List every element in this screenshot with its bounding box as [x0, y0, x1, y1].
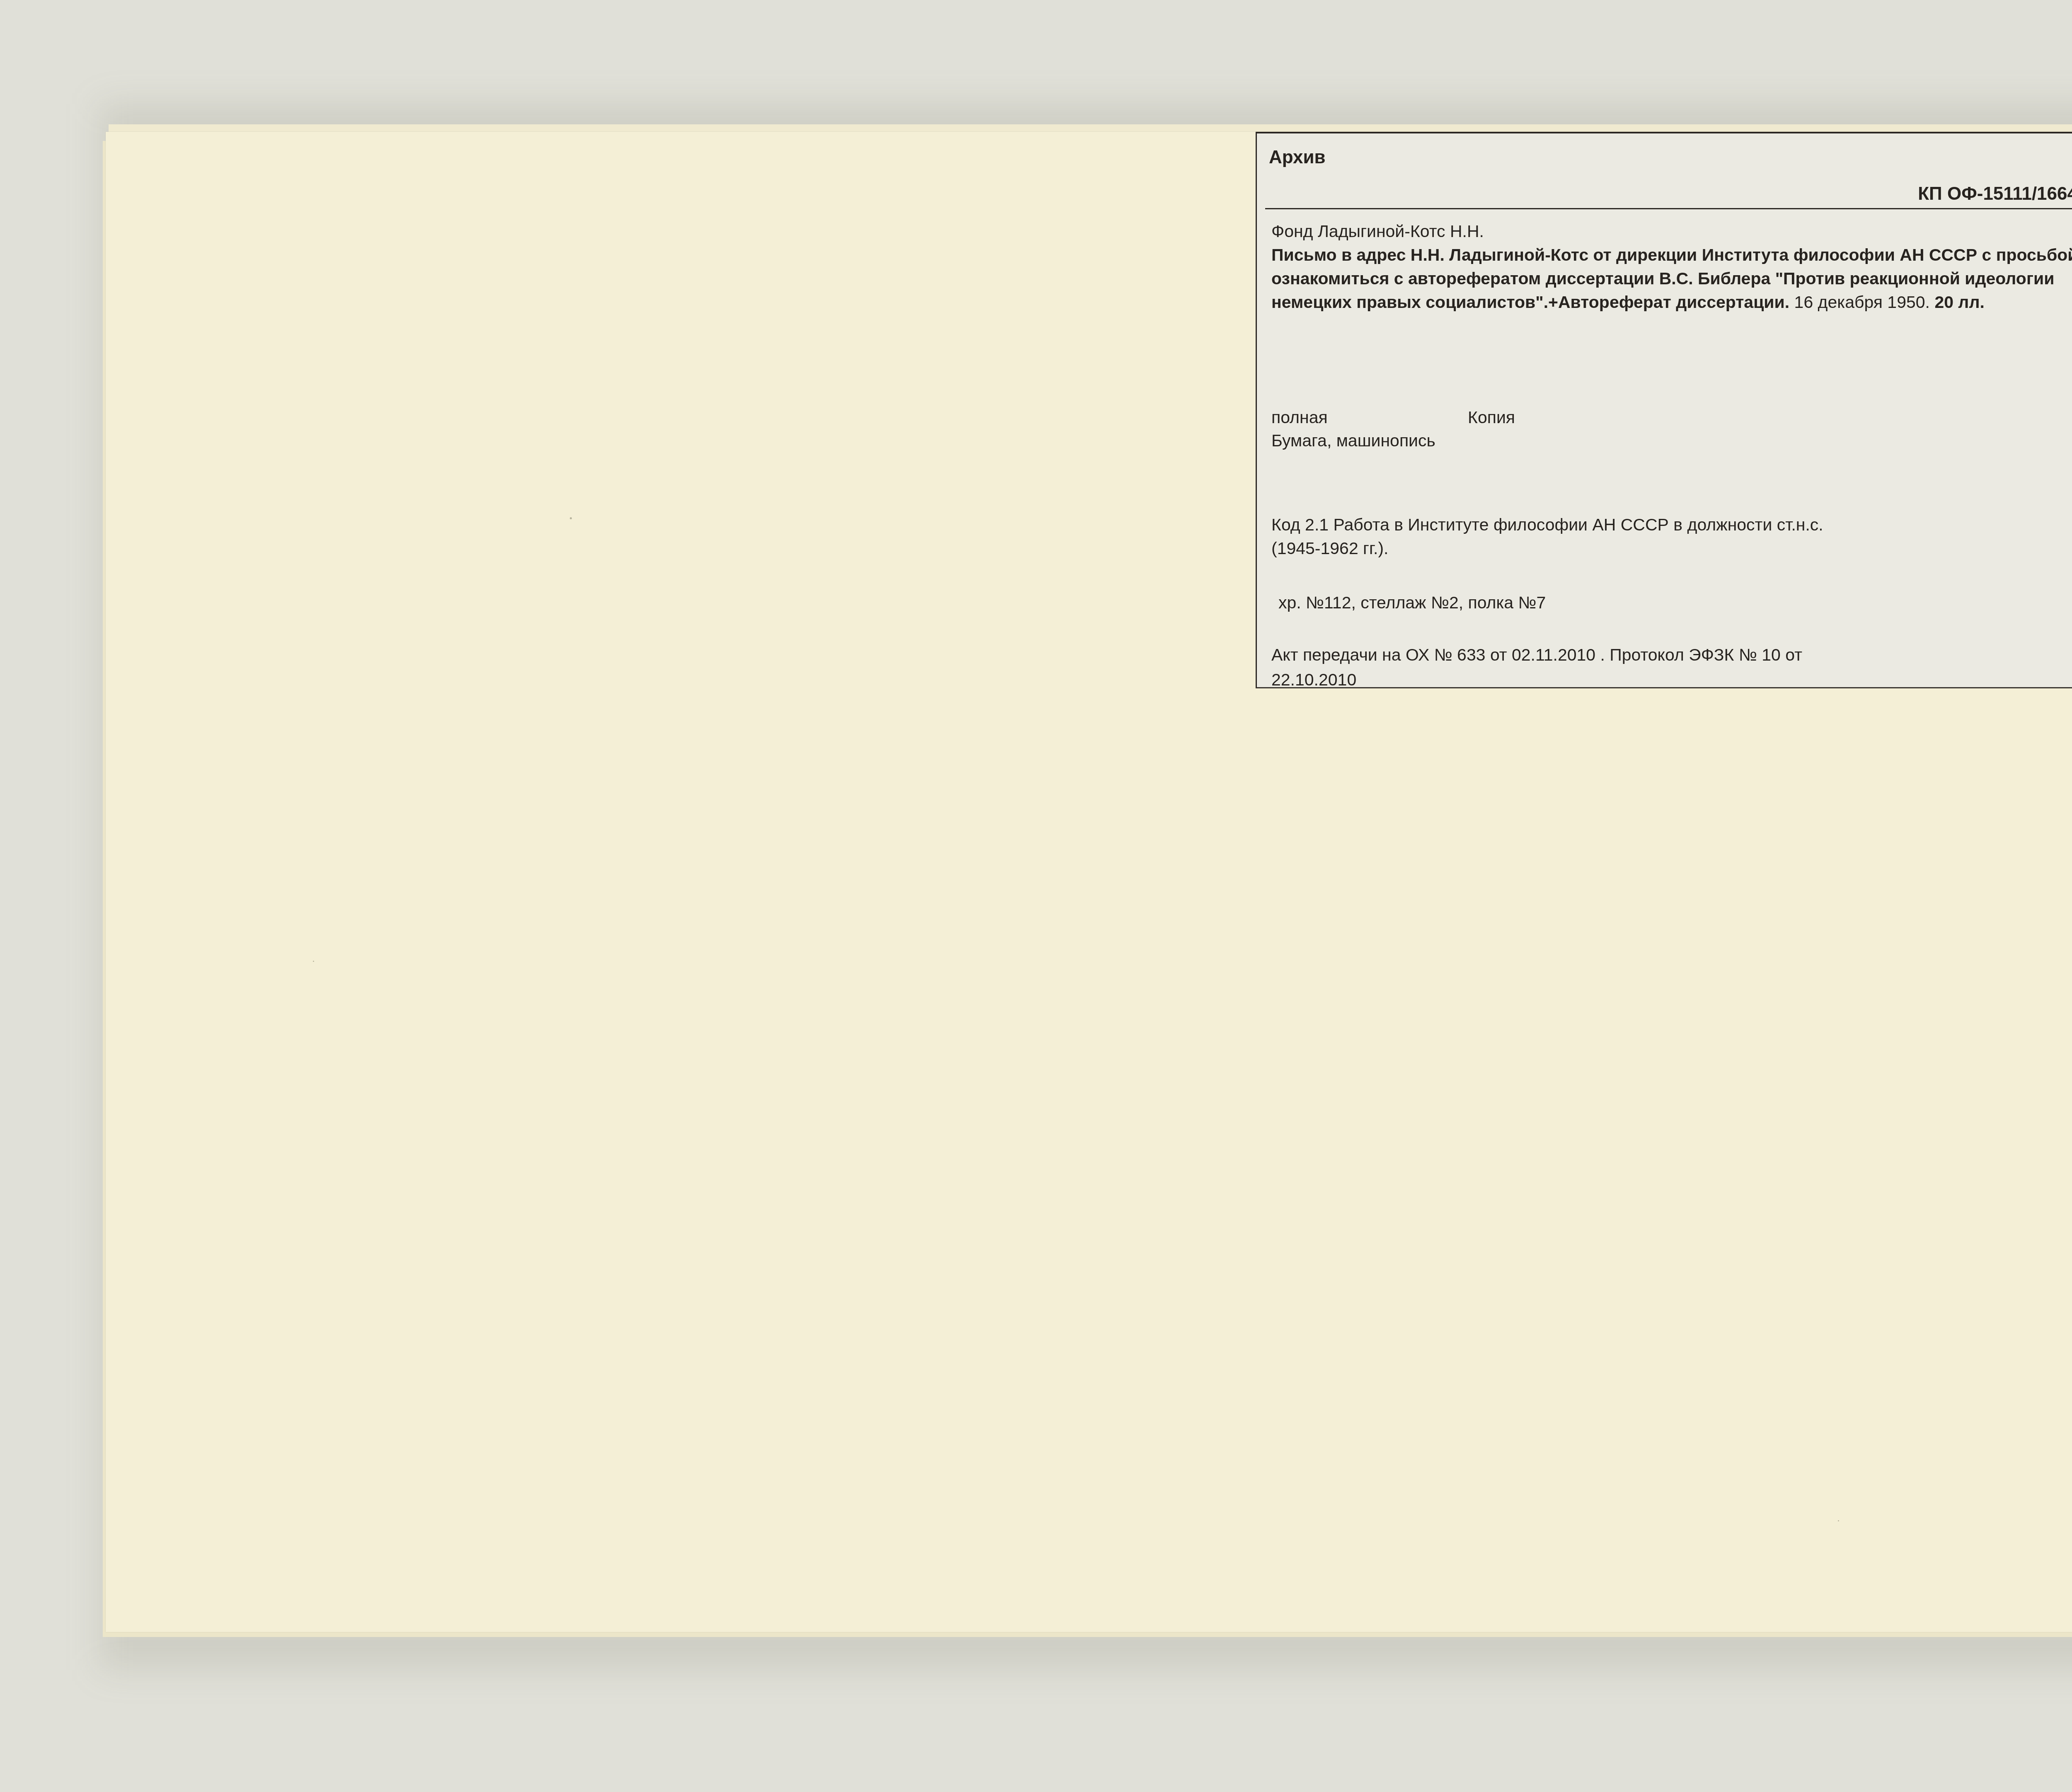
transfer-act: Акт передачи на ОХ № 633 от 02.11.2010 .… — [1271, 647, 1802, 664]
transfer-act-date: 22.10.2010 — [1271, 671, 1356, 688]
item-description: Фонд Ладыгиной-Котс Н.Н. Письмо в адрес … — [1271, 220, 2072, 314]
classification-code: Код 2.1 Работа в Институте философии АН … — [1271, 516, 1823, 533]
paper-speck — [570, 517, 572, 519]
inventory-number: КП ОФ-15111/1664 — [1918, 185, 2072, 203]
paper-speck — [1838, 1520, 1839, 1521]
header-divider — [1265, 208, 2072, 209]
material-technique: Бумага, машинопись — [1271, 432, 1435, 449]
fund-name: Фонд Ладыгиной-Котс Н.Н. — [1271, 220, 2072, 243]
paper-speck — [313, 961, 314, 962]
sheet-count: 20 лл. — [1934, 293, 1984, 312]
archive-heading: Архив — [1269, 148, 1326, 167]
storage-location: хр. №112, стеллаж №2, полка №7 — [1278, 594, 1546, 611]
classification-period: (1945-1962 гг.). — [1271, 540, 1388, 557]
completeness: полная — [1271, 409, 1328, 426]
archive-catalog-label: Архив КП ОФ-15111/1664 Фонд Ладыгиной-Ко… — [1256, 132, 2072, 688]
item-date: 16 декабря 1950. — [1794, 293, 1930, 312]
original-status: Копия — [1468, 409, 1515, 426]
item-title-block: Письмо в адрес Н.Н. Ладыгиной-Котс от ди… — [1271, 243, 2072, 314]
